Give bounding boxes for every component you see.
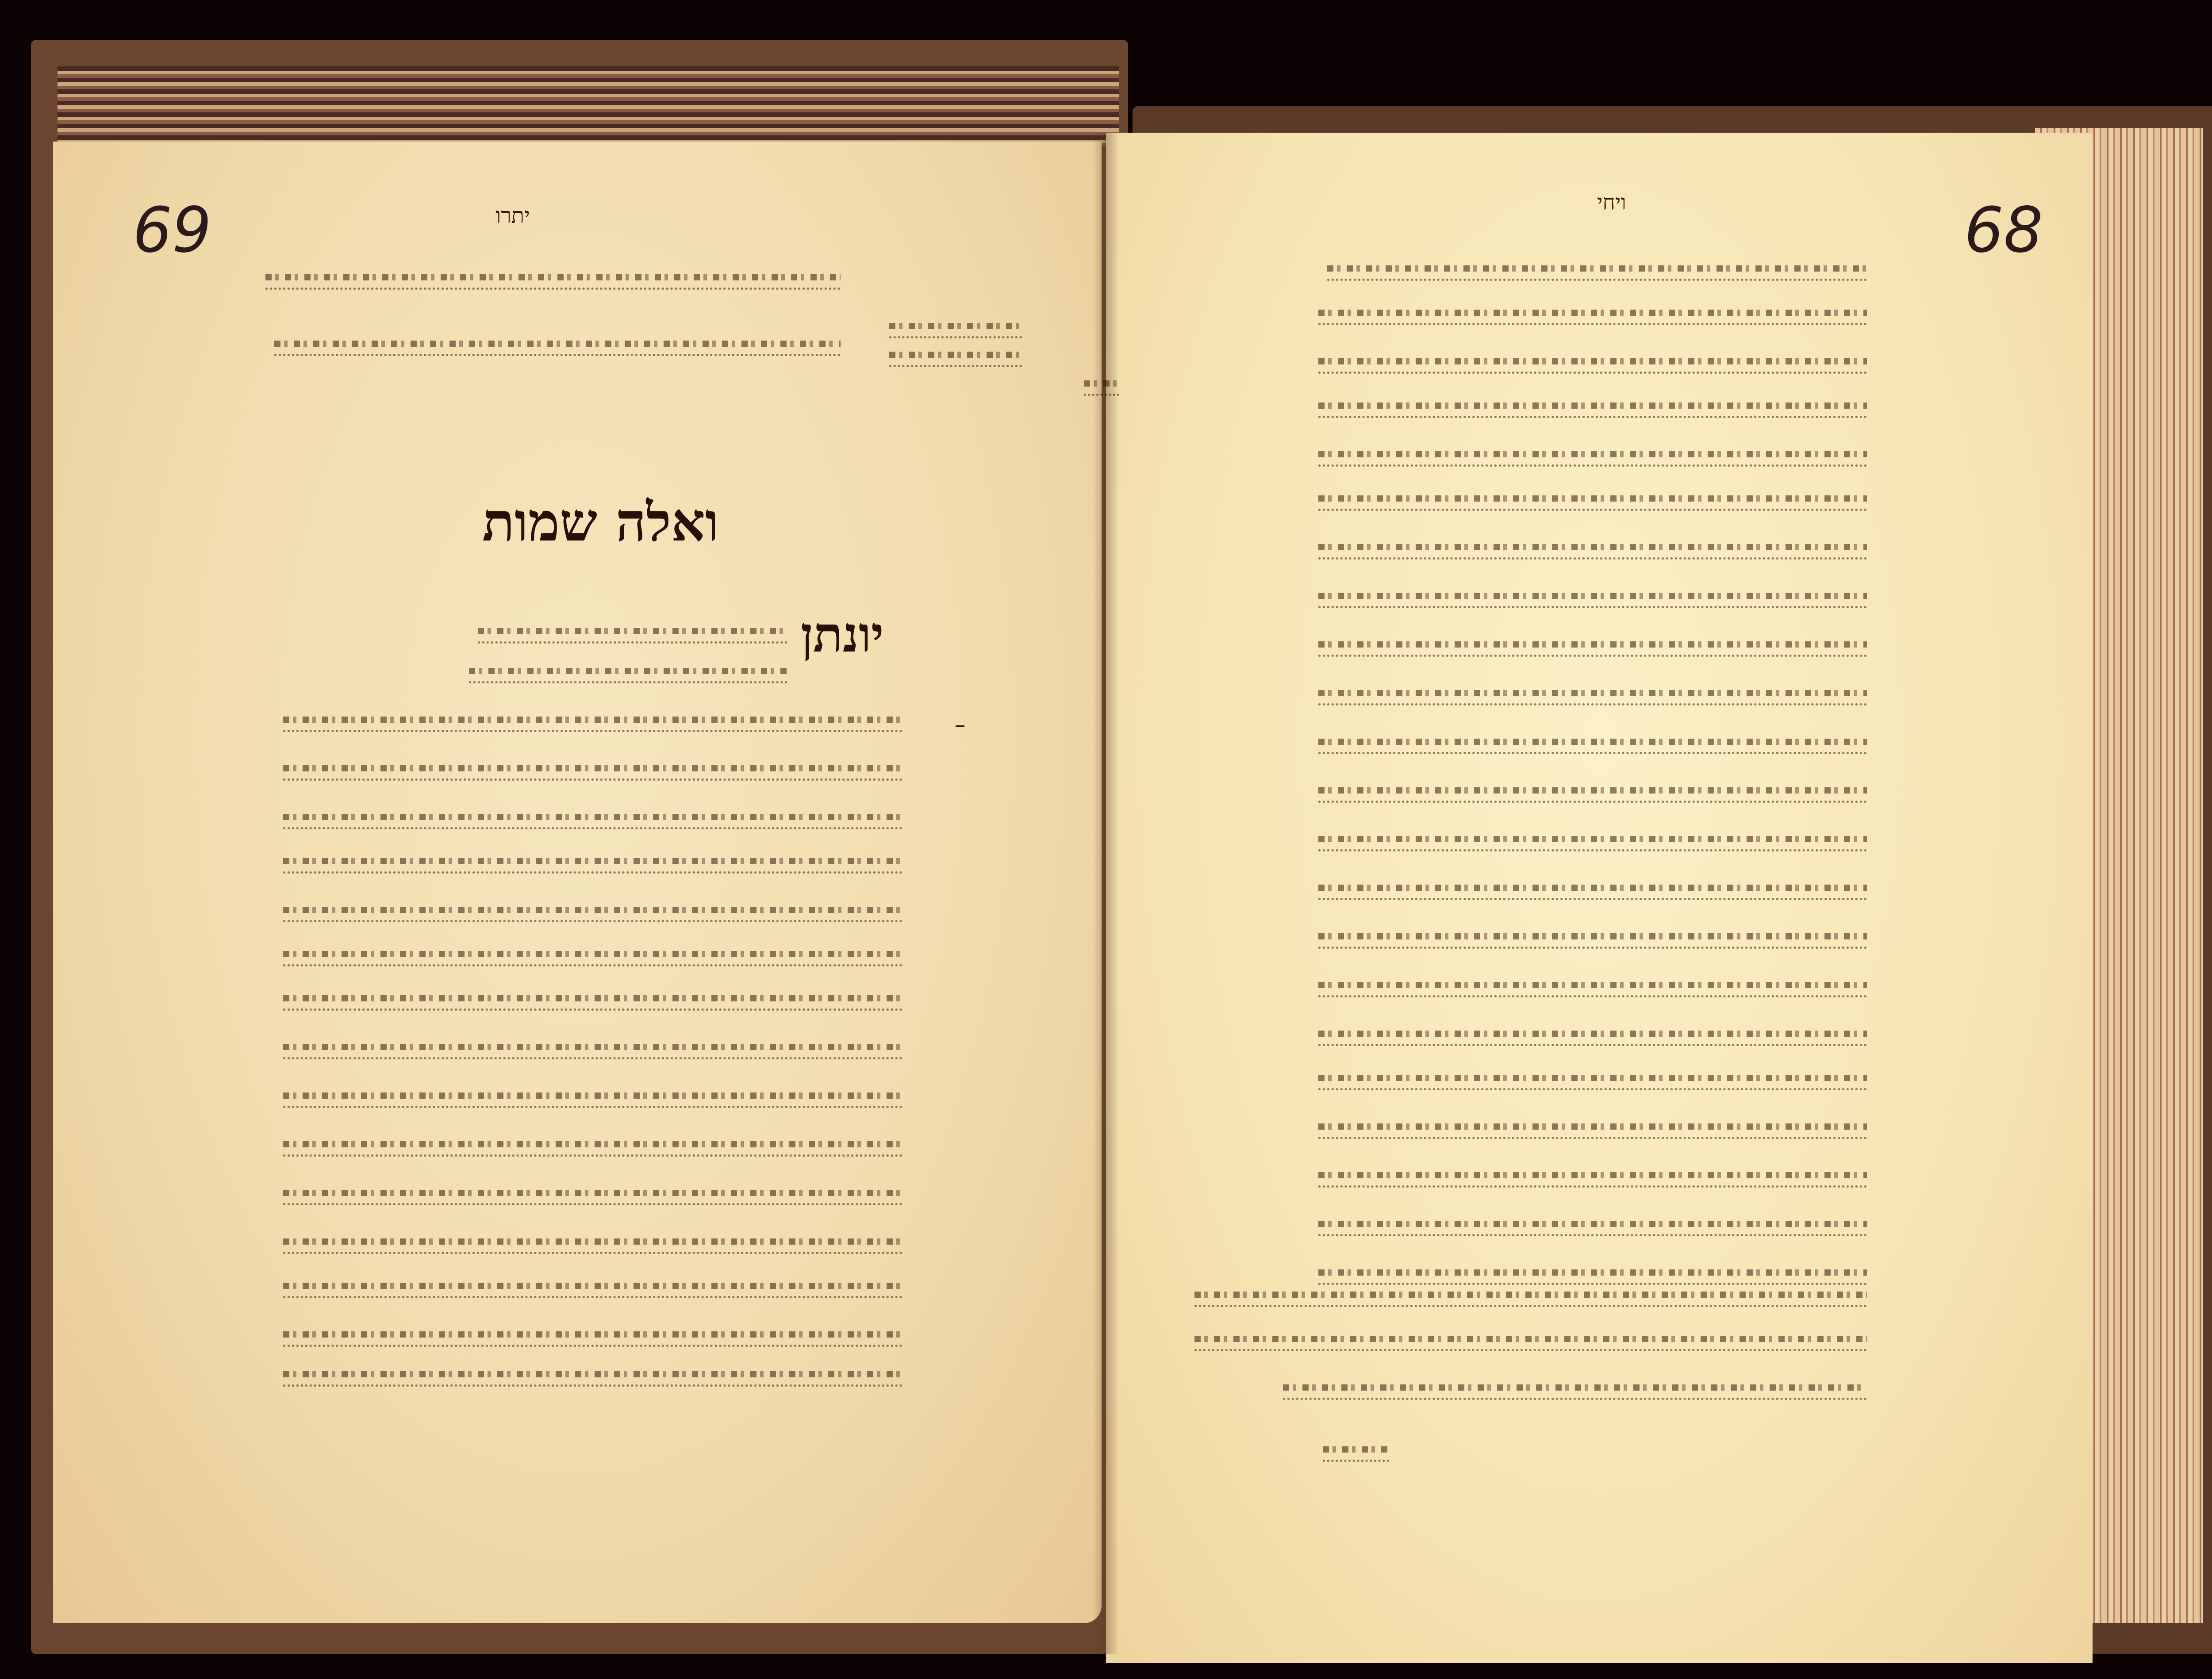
text-line bbox=[1318, 398, 1867, 418]
text-line bbox=[283, 991, 902, 1011]
section-heading: ואלה שמות bbox=[482, 491, 719, 553]
text-line bbox=[1283, 1380, 1867, 1400]
folio-number-left: 69 bbox=[133, 195, 211, 267]
text-line bbox=[283, 1088, 902, 1108]
text-line bbox=[283, 902, 902, 922]
text-line bbox=[283, 1327, 902, 1347]
text-line bbox=[1318, 354, 1867, 374]
lemma-word: יונתן bbox=[801, 606, 884, 663]
text-line bbox=[265, 270, 841, 290]
text-line bbox=[283, 1234, 902, 1254]
text-line bbox=[283, 712, 902, 732]
text-line bbox=[1318, 447, 1867, 467]
text-line bbox=[283, 1185, 902, 1205]
text-line bbox=[274, 336, 841, 356]
text-line bbox=[1318, 1265, 1867, 1285]
text-line bbox=[1318, 540, 1867, 560]
text-line bbox=[1318, 588, 1867, 608]
text-line bbox=[1194, 1331, 1867, 1351]
running-header-left: יתרו bbox=[495, 203, 530, 228]
text-line bbox=[283, 854, 902, 874]
text-line bbox=[1318, 977, 1867, 997]
text-line bbox=[1318, 637, 1867, 657]
text-line bbox=[1318, 1168, 1867, 1188]
text-line bbox=[1318, 832, 1867, 851]
text-line bbox=[283, 947, 902, 966]
text-line bbox=[1318, 880, 1867, 900]
text-line bbox=[1318, 1026, 1867, 1046]
text-line bbox=[1318, 491, 1867, 511]
text-line bbox=[1318, 305, 1867, 325]
folio-number-right: 68 bbox=[1964, 195, 2043, 267]
text-line bbox=[478, 624, 787, 644]
text-line bbox=[283, 1039, 902, 1059]
text-line bbox=[1318, 783, 1867, 803]
text-line bbox=[1318, 929, 1867, 949]
text-line bbox=[283, 761, 902, 781]
catchword bbox=[1323, 1442, 1389, 1462]
margin-note bbox=[876, 318, 1022, 433]
text-line bbox=[1318, 1216, 1867, 1236]
text-line bbox=[283, 1278, 902, 1298]
margin-mark bbox=[956, 725, 964, 727]
text-line bbox=[1318, 734, 1867, 754]
text-line bbox=[283, 809, 902, 829]
text-line bbox=[1318, 1119, 1867, 1139]
book-gutter bbox=[1093, 133, 1119, 1654]
text-line bbox=[1318, 1070, 1867, 1090]
running-header-right: ויחי bbox=[1597, 190, 1626, 215]
text-line bbox=[1194, 1287, 1867, 1307]
text-line bbox=[1318, 686, 1867, 705]
page-edges-top bbox=[58, 66, 1119, 146]
text-line bbox=[283, 1137, 902, 1157]
text-line bbox=[469, 663, 787, 683]
text-line bbox=[283, 1367, 902, 1387]
text-line bbox=[1327, 261, 1867, 281]
